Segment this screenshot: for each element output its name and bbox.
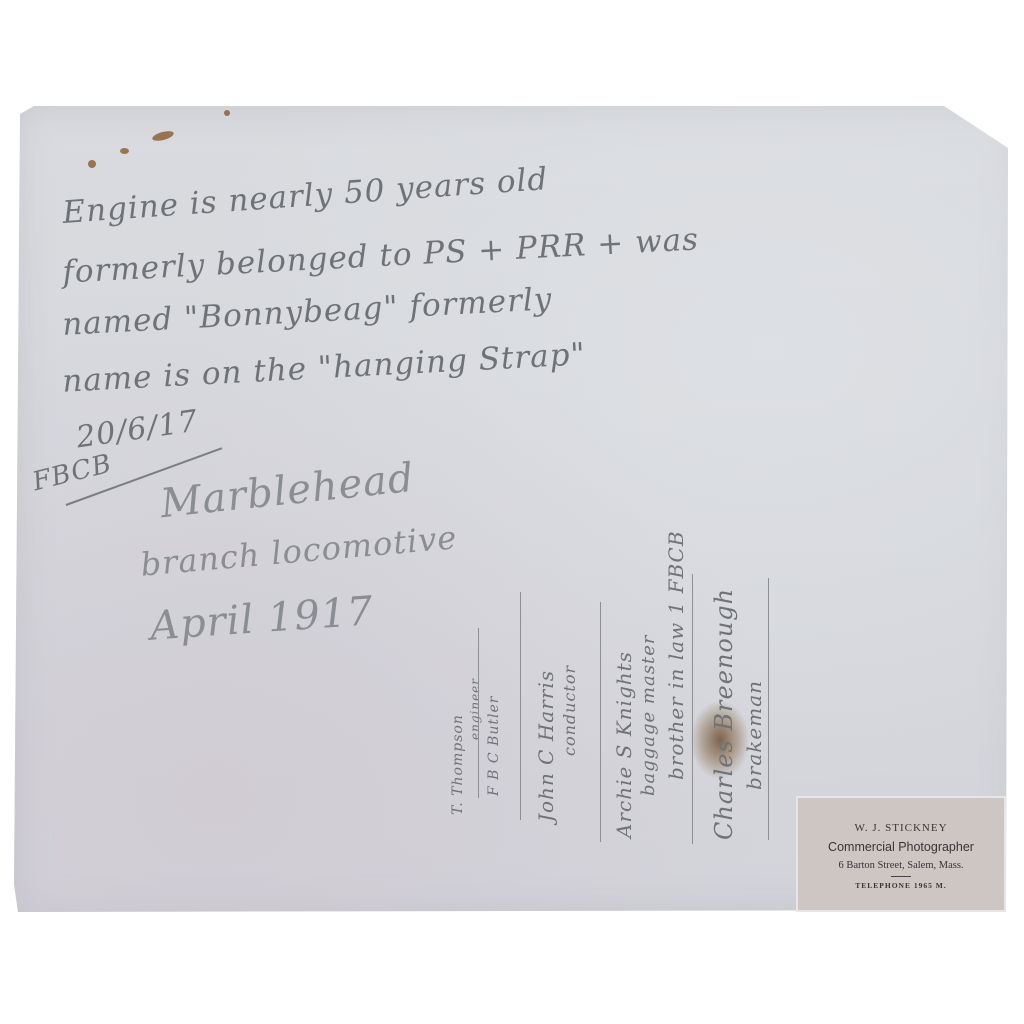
photographer-title: Commercial Photographer	[798, 840, 1004, 854]
crew-divider	[520, 592, 521, 820]
stain-spot	[88, 160, 96, 168]
crew-divider	[692, 574, 693, 844]
crew-2-role: conductor	[560, 665, 579, 756]
crew-1-note: F B C Butler	[486, 696, 502, 796]
crew-3-name: Archie S Knights	[612, 651, 636, 838]
photographer-name: W. J. STICKNEY	[798, 822, 1004, 834]
photographer-address: 6 Barton Street, Salem, Mass.	[798, 860, 1004, 871]
photographer-telephone: TELEPHONE 1965 M.	[798, 881, 1004, 890]
crew-divider	[478, 628, 479, 798]
crew-divider	[600, 602, 601, 842]
crew-1-name: T. Thompson	[450, 714, 466, 815]
crew-4-role: brakeman	[742, 680, 766, 790]
crew-2-name: John C Harris	[534, 670, 558, 822]
photographer-label: W. J. STICKNEY Commercial Photographer 6…	[796, 796, 1006, 912]
crew-3-note: brother in law 1 FBCB	[664, 530, 688, 780]
stain-spot	[120, 148, 129, 154]
crew-divider	[768, 578, 769, 840]
crew-4-name: Charles Breenough	[710, 588, 738, 840]
crew-1-role: engineer	[468, 678, 482, 740]
crew-3-role: baggage master	[638, 635, 659, 796]
stain-spot	[224, 110, 230, 116]
label-divider	[891, 876, 911, 877]
